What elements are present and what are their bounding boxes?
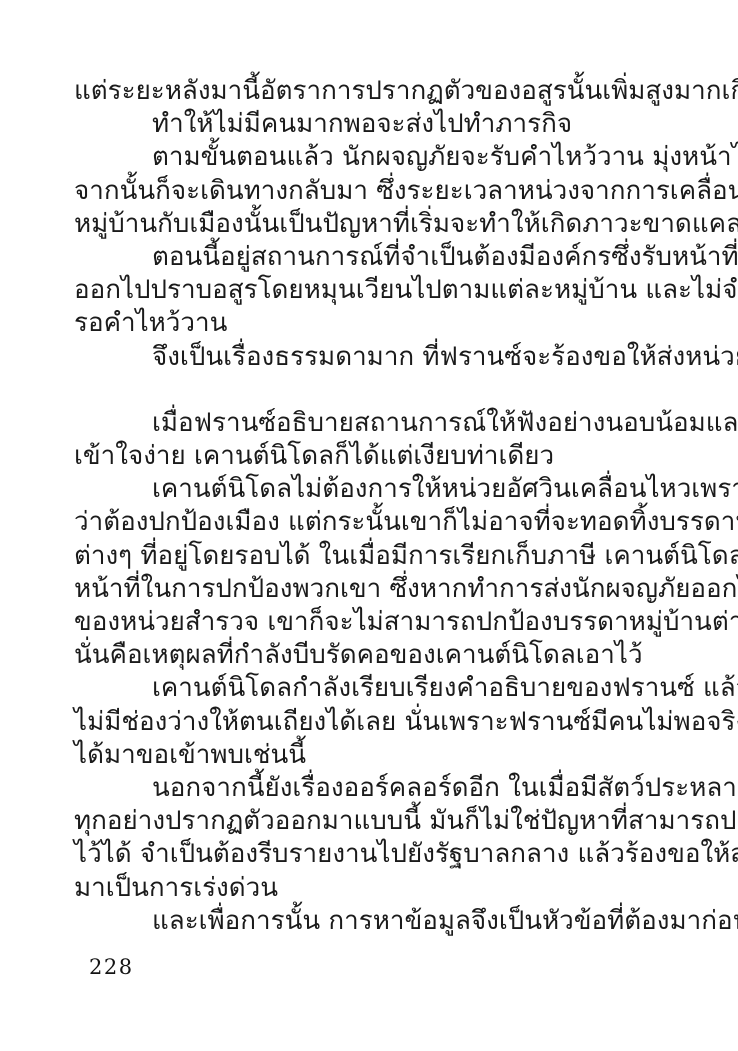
text-line: และเพื่อการนั้น การหาข้อมูลจึงเป็นหัวข้อ…: [74, 905, 690, 938]
text-line: แต่ระยะหลังมานี้อัตราการปรากฏตัวของอสูรน…: [74, 75, 690, 108]
text-line: จึงเป็นเรื่องธรรมดามาก ที่ฟรานซ์จะร้องขอ…: [74, 341, 690, 374]
text-line: ตอนนี้อยู่สถานการณ์ที่จำเป็นต้องมีองค์กร…: [74, 241, 690, 274]
text-line: ออกไปปราบอสูรโดยหมุนเวียนไปตามแต่ละหมู่บ…: [74, 274, 690, 307]
text-line: รอคำไหว้วาน: [74, 307, 690, 340]
text-line: เข้าใจง่าย เคานต์นิโดลก็ได้แต่เงียบท่าเด…: [74, 440, 690, 473]
text-line: ไว้ได้ จำเป็นต้องรีบรายงานไปยังรัฐบาลกลา…: [74, 838, 690, 871]
text-line: ตามขั้นตอนแล้ว นักผจญภัยจะรับคำไหว้วาน ม…: [74, 141, 690, 174]
page-number: 228: [89, 955, 134, 979]
text-line: นอกจากนี้ยังเรื่องออร์คลอร์ดอีก ในเมื่อม…: [74, 772, 690, 805]
text-line: ต่างๆ ที่อยู่โดยรอบได้ ในเมื่อมีการเรียก…: [74, 540, 690, 573]
book-page: แต่ระยะหลังมานี้อัตราการปรากฏตัวของอสูรน…: [0, 0, 738, 1051]
text-line: ของหน่วยสำรวจ เขาก็จะไม่สามารถปกป้องบรรด…: [74, 606, 690, 639]
text-line: ว่าต้องปกป้องเมือง แต่กระนั้นเขาก็ไม่อาจ…: [74, 506, 690, 539]
text-line: มาเป็นการเร่งด่วน: [74, 872, 690, 905]
text-line: ได้มาขอเข้าพบเช่นนี้: [74, 739, 690, 772]
text-line: หมู่บ้านกับเมืองนั้นเป็นปัญหาที่เริ่มจะท…: [74, 208, 690, 241]
text-line: ทำให้ไม่มีคนมากพอจะส่งไปทำภารกิจ: [74, 108, 690, 141]
text-line: เคานต์นิโดลไม่ต้องการให้หน่วยอัศวินเคลื่…: [74, 473, 690, 506]
text-line: ทุกอย่างปรากฏตัวออกมาแบบนี้ มันก็ไม่ใช่ป…: [74, 805, 690, 838]
text-line: เมื่อฟรานซ์อธิบายสถานการณ์ให้ฟังอย่างนอบ…: [74, 407, 690, 440]
text-line: หน้าที่ในการปกป้องพวกเขา ซึ่งหากทำการส่ง…: [74, 573, 690, 606]
text-line: ไม่มีช่องว่างให้ตนเถียงได้เลย นั่นเพราะฟ…: [74, 706, 690, 739]
page-text: แต่ระยะหลังมานี้อัตราการปรากฏตัวของอสูรน…: [74, 75, 690, 938]
text-line: เคานต์นิโดลกำลังเรียบเรียงคำอธิบายของฟรา…: [74, 672, 690, 705]
text-line: จากนั้นก็จะเดินทางกลับมา ซึ่งระยะเวลาหน่…: [74, 175, 690, 208]
text-line: นั่นคือเหตุผลที่กำลังบีบรัดคอของเคานต์นิ…: [74, 639, 690, 672]
